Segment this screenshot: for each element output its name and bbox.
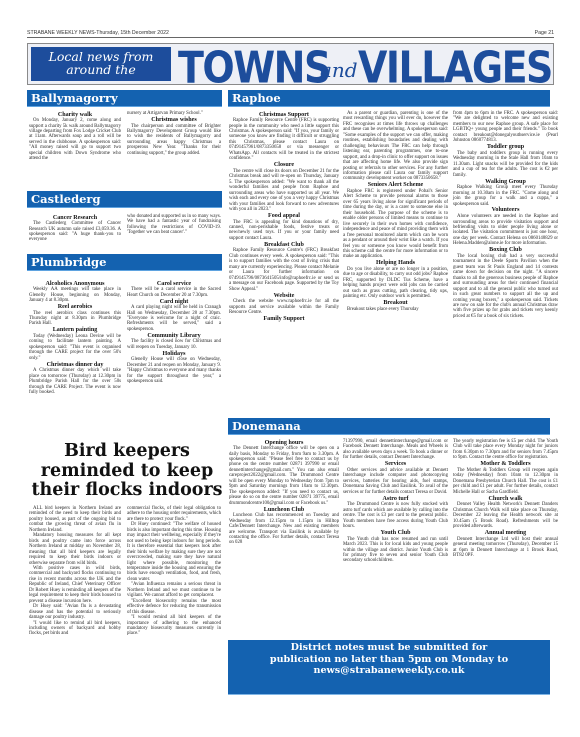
article-subheading: Church walk [453, 496, 558, 503]
article-paragraph: A card playing night will be held in Cra… [127, 305, 221, 332]
article-subheading: Charity walk [29, 112, 121, 119]
article-subheading: Reel aerobics [29, 304, 121, 311]
article-paragraph: commercial flocks, of their legal obliga… [127, 506, 221, 522]
notice-line-1: District notes must be submitted for [228, 642, 550, 654]
article-subheading: Food appeal [229, 213, 339, 220]
article-paragraph: The chairperson and committee of Brighte… [127, 124, 221, 157]
article-paragraph: Dennett Interchange Ltd will host their … [453, 537, 558, 559]
ballymagorry-col-2: nursery at Artigarvan Primary School."Ch… [127, 111, 221, 156]
article-paragraph: "I would remind all bird keepers of the … [127, 615, 221, 637]
article-paragraph: Alone volunteers are needed in the Rapho… [453, 214, 558, 247]
article-paragraph: Other services and advice available at D… [343, 468, 448, 495]
article-paragraph: On Monday, January 2, come along and sup… [29, 118, 121, 162]
article-paragraph: Check the website www.raphoefrc.ie for a… [229, 299, 339, 315]
article-paragraph: Luncheon Club has recommenced on Tuesday… [229, 513, 339, 546]
article-paragraph: The facility is closed now for Christmas… [127, 339, 221, 350]
donemana-col-1: Opening hoursThe Dennett Interchange off… [229, 439, 339, 546]
article-paragraph: Glenelly House will close on Wednesday, … [127, 357, 221, 384]
article-subheading: Closure [229, 162, 339, 169]
article-subheading: Carol service [127, 281, 221, 288]
article-subheading: Walking Group [453, 179, 558, 186]
article-subheading: Opening hours [229, 440, 339, 447]
article-subheading: Youth Club [343, 530, 448, 537]
article-paragraph: The yearly registration fee is £5 per ch… [453, 439, 558, 461]
tagline-line-2: around the [31, 63, 171, 76]
article-subheading: Breakfast Club [229, 242, 339, 249]
publication-dateline: STRABANE WEEKLY NEWS-Thursday, 15th Dece… [27, 30, 169, 36]
article-paragraph: Today (Wednesday) Leona Devine will be c… [29, 334, 121, 361]
section-header-ballymagorry: Ballymagorry [27, 90, 222, 107]
plumbridge-col-1: Alcoholics AnonymousWeekly AA meetings w… [29, 280, 121, 396]
article-paragraph: Raphoe Walking Group meet every Thursday… [453, 185, 558, 207]
article-subheading: Card night [127, 299, 221, 306]
castlederg-col-2: who donated and supported us in so many … [127, 214, 221, 236]
article-paragraph: Dennet Valley Health Network's Dennett D… [453, 502, 558, 529]
article-paragraph: With positive cases in wild birds, comme… [29, 566, 121, 604]
article-paragraph: Mandatory housing measures for all kept … [29, 533, 121, 566]
masthead-tagline: Local news from around the [31, 47, 171, 81]
article-paragraph: Do you live alone or are no longer in a … [343, 267, 448, 300]
running-head: STRABANE WEEKLY NEWS-Thursday, 15th Dece… [27, 29, 554, 38]
article-paragraph: The Castlederg Committee of Cancer Resea… [29, 221, 121, 243]
article-paragraph: The baby and toddlers group is running e… [453, 151, 558, 178]
article-paragraph: from 4pm to 6pm in the FRC. A spokespers… [453, 111, 558, 144]
ballymagorry-col-1: Charity walkOn Monday, January 2, come a… [29, 111, 121, 162]
section-header-castlederg: Castlederg [27, 191, 222, 208]
article-subheading: Lantern painting [29, 327, 121, 334]
article-subheading: Astro turf [343, 496, 448, 503]
article-subheading: Boxing Club [453, 247, 558, 254]
plumbridge-col-2: Carol serviceThere will be a carol servi… [127, 280, 221, 385]
article-paragraph: The Mother & Toddlers Group will reopen … [453, 468, 558, 495]
article-paragraph: who donated and supported us in so many … [127, 214, 221, 236]
article-paragraph: Dr Huey continued: "The welfare of house… [127, 522, 221, 582]
page-number: Page 21 [535, 30, 554, 36]
masthead-and: and [320, 58, 358, 82]
article-subheading: Breakout [343, 300, 448, 307]
castlederg-col-1: Cancer ResearchThe Castlederg Committee … [29, 214, 121, 243]
article-subheading: Volunteers [453, 207, 558, 214]
article-subheading: Helping Hands [343, 260, 448, 267]
article-paragraph: The centre will close its doors on Decem… [229, 169, 339, 213]
article-paragraph: Raphoe Family Resource Centre (FRC) is s… [229, 118, 339, 162]
article-subheading: Website [229, 293, 339, 300]
bird-keepers-col-1: ALL bird keepers in Northern Ireland are… [29, 506, 121, 637]
donemana-col-2: 71397990, email dennettinterchange@gmail… [343, 439, 448, 564]
raphoe-col-1: Christmas SupportRaphoe Family Resource … [229, 111, 339, 323]
feature-headline: Bird keepers reminded to keep their floc… [27, 442, 227, 501]
article-subheading: Holidays [127, 351, 221, 358]
article-paragraph: Dr Huey said: "Avian flu is a devastatin… [29, 604, 121, 620]
article-subheading: Christmas Support [229, 112, 339, 119]
article-paragraph: A Christmas dinner day which will take p… [29, 368, 121, 395]
notice-email: news@strabaneweekly.co.uk [228, 665, 550, 677]
article-subheading: Christmas wishes [127, 117, 221, 124]
article-paragraph: Breakout takes place every Thursday [343, 307, 448, 312]
article-subheading: Services [343, 461, 448, 468]
article-subheading: Annual meeting [453, 530, 558, 537]
article-paragraph: "Avian Influenza remains a serious threa… [127, 582, 221, 598]
raphoe-col-2: As a parent or guardian, parenting is on… [343, 111, 448, 312]
section-header-plumbridge: Plumbridge [27, 254, 222, 271]
notice-line-2: publication no later than 5pm on Monday … [228, 654, 550, 666]
article-subheading: Christmas dinner day [29, 362, 121, 369]
article-paragraph: "Excellent biosecurity remains the most … [127, 599, 221, 615]
article-paragraph: The Dennett Interchange office will be o… [229, 446, 339, 506]
raphoe-col-3: from 4pm to 6pm in the FRC. A spokespers… [453, 111, 558, 319]
donemana-col-3: The yearly registration fee is £5 per ch… [453, 439, 558, 558]
masthead-towns: TOWNS [178, 42, 330, 93]
article-paragraph: As a parent or guardian, parenting is on… [343, 111, 448, 182]
section-header-raphoe: Raphoe [228, 90, 550, 107]
article-paragraph: Raphoe FRC is registered under Pobal's S… [343, 189, 448, 260]
article-paragraph: The Youth club has now resumed and run u… [343, 537, 448, 564]
article-paragraph: There will be a carol service in the Sac… [127, 287, 221, 298]
masthead-banner: Local news from around the TOWNS and VIL… [27, 43, 554, 85]
article-subheading: Mother & Toddlers [453, 461, 558, 468]
article-subheading: Alcoholics Anonymous [29, 281, 121, 288]
article-paragraph: "I would like to remind all bird keepers… [29, 621, 121, 637]
article-paragraph: nursery at Artigarvan Primary School." [127, 111, 221, 116]
article-subheading: Luncheon Club [229, 507, 339, 514]
submission-notice-banner: District notes must be submitted for pub… [228, 640, 550, 695]
article-paragraph: Raphoe Family Resource Centre's (FRC) Br… [229, 248, 339, 292]
article-paragraph: Weekly AA meetings will take place in Gl… [29, 287, 121, 303]
article-paragraph: ALL bird keepers in Northern Ireland are… [29, 506, 121, 533]
article-paragraph: The reel aerobics class continues this T… [29, 311, 121, 327]
masthead-villages: VILLAGES [358, 42, 552, 93]
article-paragraph: The FRC is appealing for kind donations … [229, 220, 339, 242]
article-subheading: Seniors Alert Scheme [343, 182, 448, 189]
section-header-donemana: Donemana [228, 418, 550, 435]
article-subheading: Cancer Research [29, 215, 121, 222]
article-subheading: Family Support [229, 316, 339, 323]
article-paragraph: The local boxing club had a very success… [453, 254, 558, 319]
bird-keepers-col-2: commercial flocks, of their legal obliga… [127, 506, 221, 637]
article-paragraph: The Drummond Centre is now fully stocked… [343, 502, 448, 529]
article-subheading: Toddler group [453, 144, 558, 151]
article-subheading: Community Library [127, 333, 221, 340]
article-paragraph: 71397990, email dennettinterchange@gmail… [343, 439, 448, 461]
